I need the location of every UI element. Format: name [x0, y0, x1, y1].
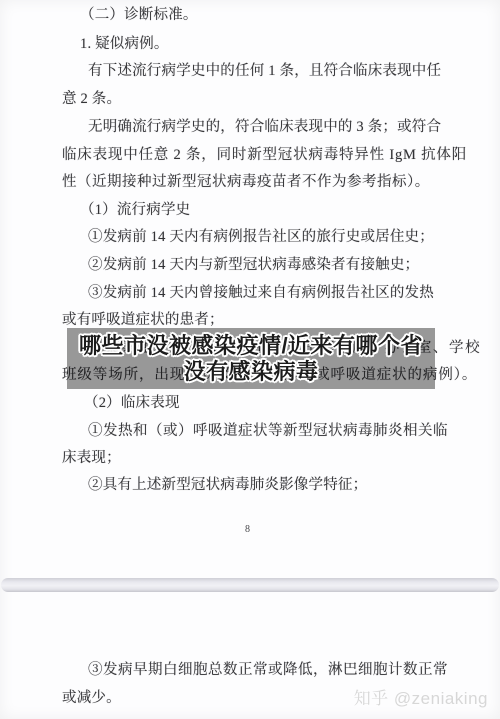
doc-line-item-3: ③发病前 14 天内曾接触过来自有病例报告社区的发热 — [88, 285, 434, 302]
doc-line-heading-clinical: （2）临床表现 — [84, 395, 180, 412]
doc-line-item-2: ②具有上述新型冠状病毒肺炎影像学特征； — [88, 477, 367, 494]
doc-line: 有下述流行病学史中的任何 1 条，且符合临床表现中任 — [88, 63, 441, 80]
doc-line: 无明确流行病学史的，符合临床表现中的 3 条；或符合 — [88, 119, 441, 136]
doc-line-item-2: ②发病前 14 天内与新型冠状病毒感染者有接触史； — [88, 257, 419, 274]
overlay-title-line-2: 没有感染病毒 — [183, 359, 318, 385]
doc-line: 床表现； — [62, 450, 121, 467]
document-screenshot: （二）诊断标准。 1. 疑似病例。 有下述流行病学史中的任何 1 条，且符合临床… — [0, 0, 500, 719]
doc-line: 临床表现中任意 2 条，同时新型冠状病毒特异性 IgM 抗体阳 — [62, 147, 467, 164]
page-number: 8 — [245, 524, 250, 535]
doc-line: 或有呼吸道症状的患者； — [62, 312, 224, 329]
overlay-title-line-1: 哪些市没被感染疫情/近来有哪个省 — [79, 333, 423, 359]
zhihu-watermark: 知乎 @zeniaking — [354, 684, 488, 709]
doc-line: 或减少。 — [62, 690, 121, 707]
page-separator — [1, 578, 499, 592]
doc-line: 性（近期接种过新型冠状病毒疫苗者不作为参考指标）。 — [62, 174, 430, 191]
doc-line: 意 2 条。 — [62, 91, 121, 108]
doc-line-item-3: ③发病早期白细胞总数正常或降低，淋巴细胞计数正常 — [88, 662, 448, 679]
doc-line-item-1: ①发病前 14 天内有病例报告社区的旅行史或居住史； — [88, 229, 434, 246]
doc-line-heading-2: （二）诊断标准。 — [80, 7, 198, 24]
doc-line-item-1: ①发热和（或）呼吸道症状等新型冠状病毒肺炎相关临 — [88, 423, 448, 440]
doc-line-heading-epi-history: （1）流行病学史 — [80, 202, 190, 219]
title-overlay-banner: 哪些市没被感染疫情/近来有哪个省 没有感染病毒 — [67, 328, 435, 389]
doc-line-suspected-case: 1. 疑似病例。 — [80, 36, 169, 53]
